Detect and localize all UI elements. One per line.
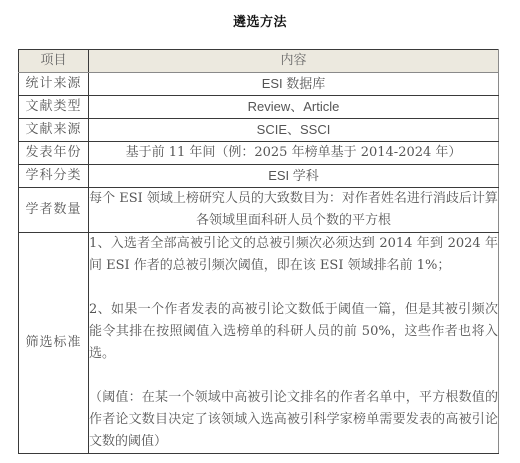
- header-content: 内容: [89, 50, 499, 73]
- row-value: ESI 学科: [89, 165, 499, 188]
- row-value: SCIE、SSCI: [89, 119, 499, 142]
- criteria-threshold-note: （阈值：在某一个领域中高被引论文排名的作者名单中，平方根数值的作者论文数目决定了…: [89, 387, 498, 453]
- row-label: 文献类型: [19, 96, 89, 119]
- row-label: 文献来源: [19, 119, 89, 142]
- table-row-scholar-count: 学者数量 每个 ESI 领域上榜研究人员的大致数目为：对作者姓名进行消歧后计算各…: [19, 188, 499, 233]
- table-row-doc-type: 文献类型 Review、Article: [19, 96, 499, 119]
- table-header-row: 项目 内容: [19, 50, 499, 73]
- header-item: 项目: [19, 50, 89, 73]
- row-label: 学科分类: [19, 165, 89, 188]
- table-row-doc-source: 文献来源 SCIE、SSCI: [19, 119, 499, 142]
- row-value: ESI 数据库: [89, 73, 499, 96]
- row-label: 筛选标准: [19, 233, 89, 454]
- criteria-paragraph-2: 2、如果一个作者发表的高被引论文数低于阈值一篇，但是其被引频次能令其排在按照阈值…: [89, 299, 498, 365]
- page-title: 遴选方法: [0, 11, 520, 30]
- row-value: Review、Article: [89, 96, 499, 119]
- table-row-source: 统计来源 ESI 数据库: [19, 73, 499, 96]
- criteria-paragraph-1: 1、入选者全部高被引论文的总被引频次必须达到 2014 年到 2024 年间 E…: [89, 233, 498, 277]
- row-label: 学者数量: [19, 188, 89, 233]
- row-value: 基于前 11 年间（例：2025 年榜单基于 2014-2024 年）: [89, 142, 499, 165]
- selection-method-table: 项目 内容 统计来源 ESI 数据库 文献类型 Review、Article 文…: [18, 49, 499, 454]
- table-row-criteria: 筛选标准 1、入选者全部高被引论文的总被引频次必须达到 2014 年到 2024…: [19, 233, 499, 454]
- row-label: 统计来源: [19, 73, 89, 96]
- table-row-subject: 学科分类 ESI 学科: [19, 165, 499, 188]
- criteria-content: 1、入选者全部高被引论文的总被引频次必须达到 2014 年到 2024 年间 E…: [89, 233, 499, 454]
- row-label: 发表年份: [19, 142, 89, 165]
- table-row-pub-year: 发表年份 基于前 11 年间（例：2025 年榜单基于 2014-2024 年）: [19, 142, 499, 165]
- row-value: 每个 ESI 领域上榜研究人员的大致数目为：对作者姓名进行消歧后计算各领域里面科…: [89, 188, 499, 233]
